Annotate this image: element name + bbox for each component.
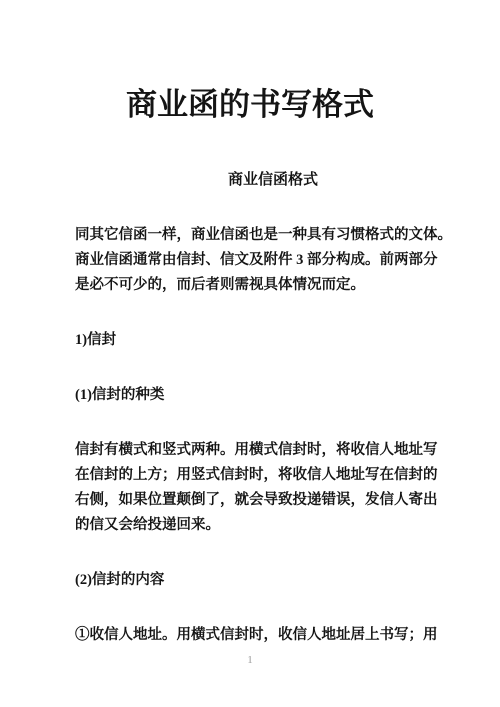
text-line: 在信封的上方；用竖式信封时，将收信人地址写在信封的 xyxy=(75,463,425,488)
heading-envelope-types: (1)信封的种类 xyxy=(75,383,425,408)
paragraph-recipient-address: ①收信人地址。用横式信封时，收信人地址居上书写；用 xyxy=(75,623,425,648)
text-line: 的信又会给投递回来。 xyxy=(75,513,425,538)
text-line: 右侧，如果位置颠倒了，就会导致投递错误，发信人寄出 xyxy=(75,488,425,513)
paragraph-intro: 同其它信函一样，商业信函也是一种具有习惯格式的文体。 商业信函通常由信封、信文及… xyxy=(75,223,425,298)
text-line: 是必不可少的，而后者则需视具体情况而定。 xyxy=(75,273,425,298)
page-number: 1 xyxy=(0,653,500,667)
paragraph-envelope-types-detail: 信封有横式和竖式两种。用横式信封时，将收信人地址写 在信封的上方；用竖式信封时，… xyxy=(75,438,425,538)
heading-envelope: 1)信封 xyxy=(75,328,425,353)
heading-envelope-content: (2)信封的内容 xyxy=(75,568,425,593)
document-page: 商业函的书写格式 商业信函格式 同其它信函一样，商业信函也是一种具有习惯格式的文… xyxy=(0,0,500,707)
text-line: 同其它信函一样，商业信函也是一种具有习惯格式的文体。 xyxy=(75,223,425,248)
document-body: 同其它信函一样，商业信函也是一种具有习惯格式的文体。 商业信函通常由信封、信文及… xyxy=(75,223,425,648)
document-title: 商业函的书写格式 xyxy=(0,0,500,124)
text-line: ①收信人地址。用横式信封时，收信人地址居上书写；用 xyxy=(75,623,425,648)
text-line: 信封有横式和竖式两种。用横式信封时，将收信人地址写 xyxy=(75,438,425,463)
document-subtitle: 商业信函格式 xyxy=(0,172,500,188)
text-line: 商业信函通常由信封、信文及附件 3 部分构成。前两部分 xyxy=(75,248,425,273)
